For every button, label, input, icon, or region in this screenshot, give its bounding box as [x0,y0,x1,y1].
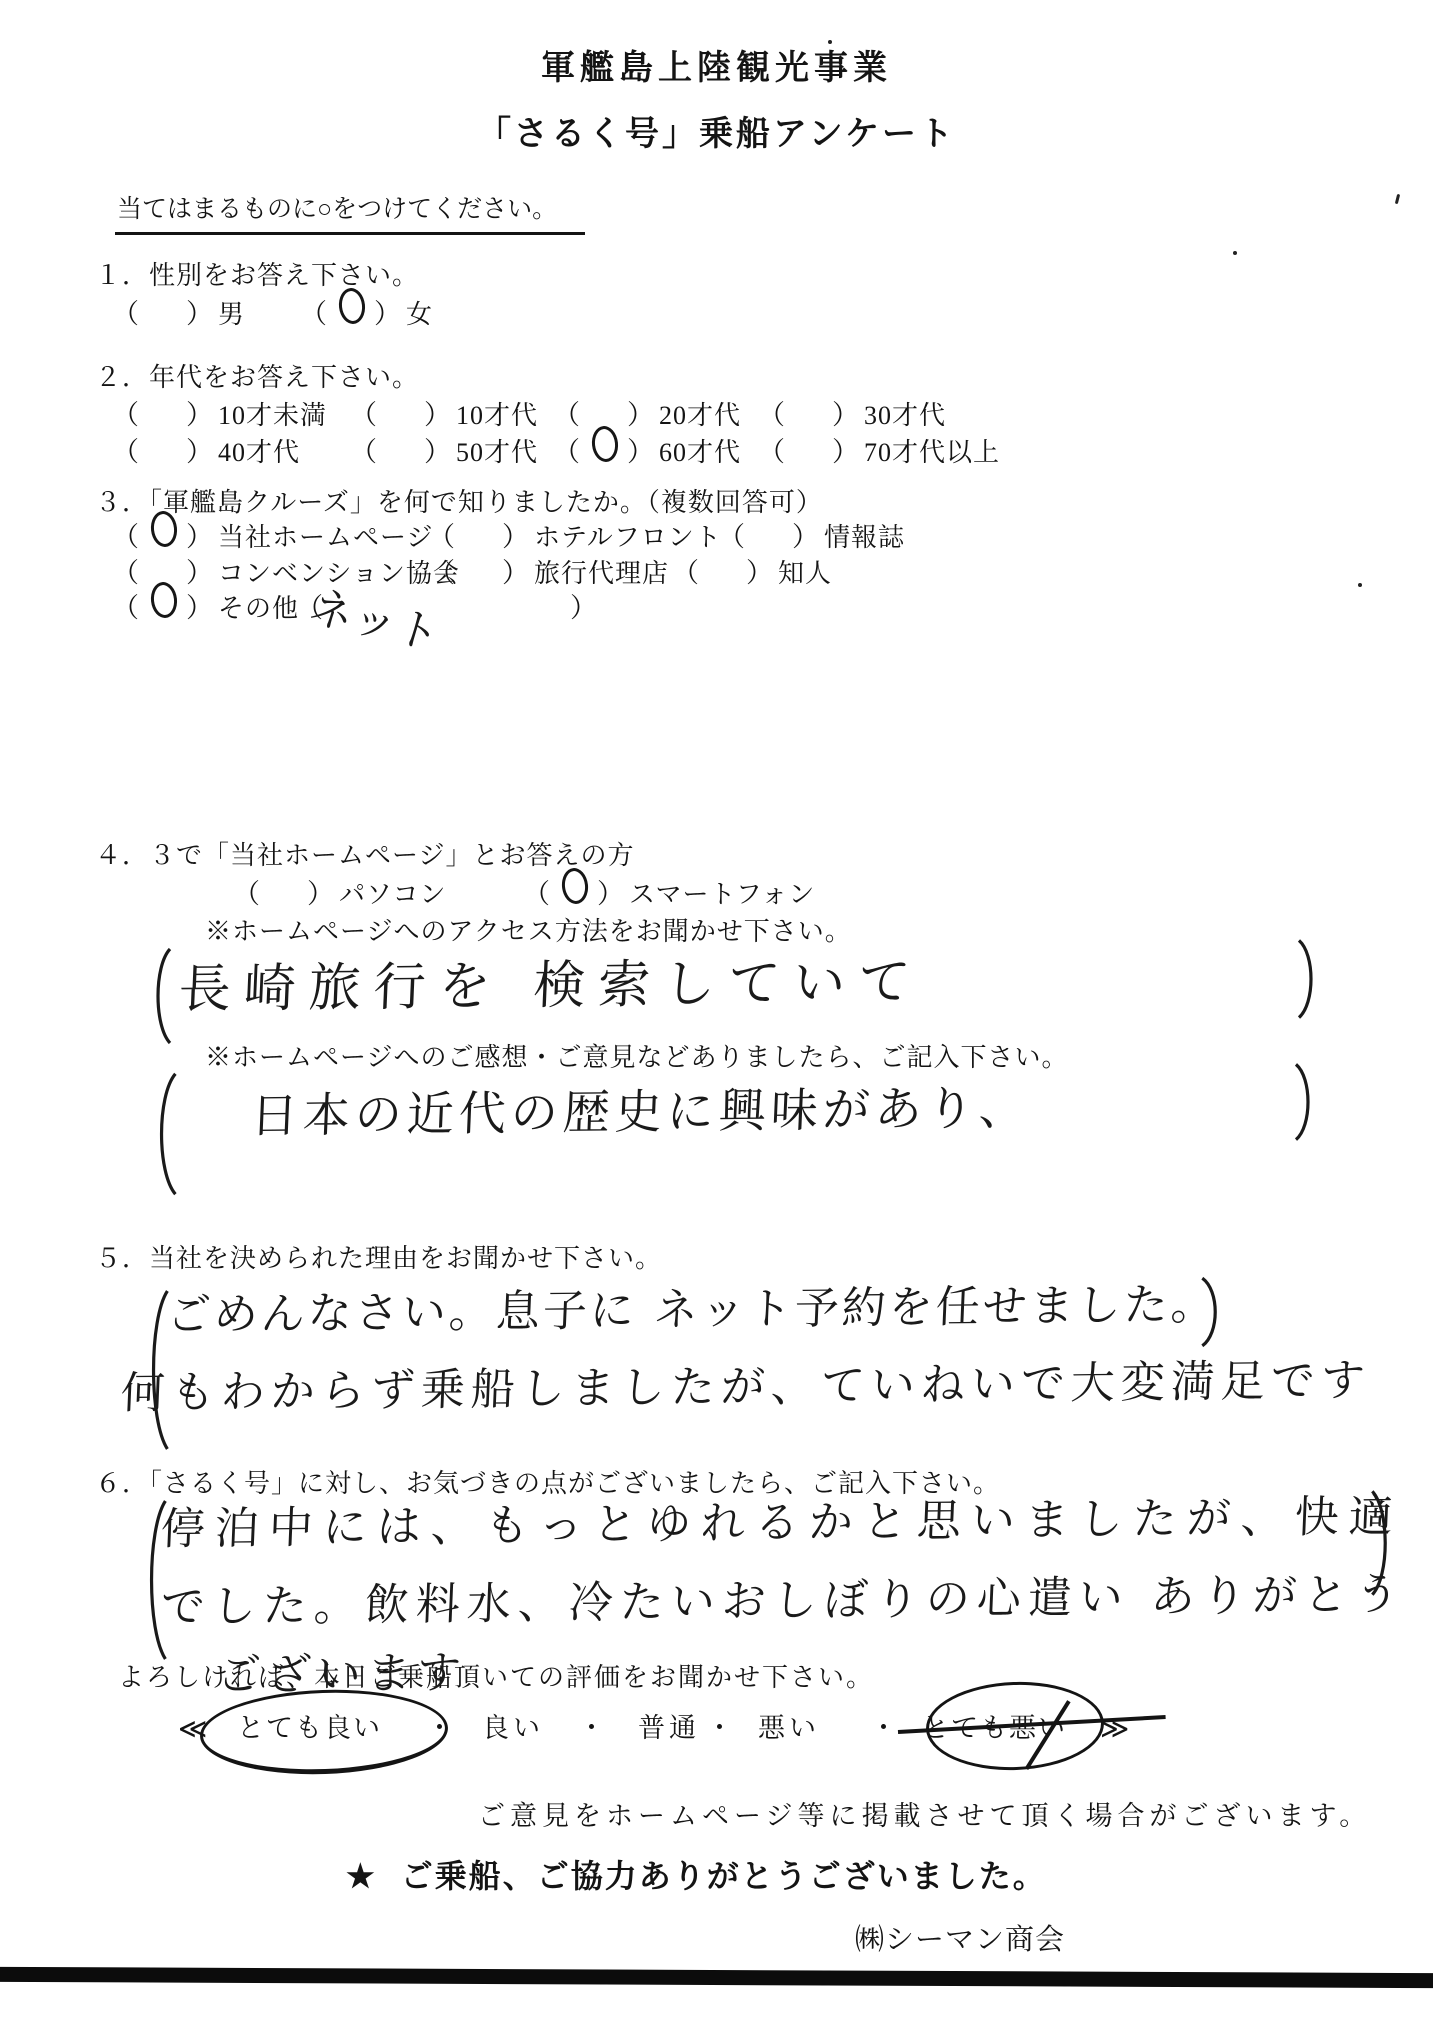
circle-mark [581,416,627,424]
q4-feedback-note: ※ホームページへのご感想・ご意見などありましたら、ご記入下さい。 [205,1042,1068,1075]
option-acquaintance: （）知人 [672,557,832,591]
hand-bracket-left [148,946,174,1046]
q5-answer-line2-handwriting: 何もわからず乗船しましたが、ていねいで大変満足です [120,1353,1372,1421]
option-hotel-front: （）ホテルフロント [428,521,722,555]
option-info-magazine: （）情報誌 [718,521,905,555]
circle-mark [328,315,374,323]
access-answer-handwriting: 長崎旅行を 検索していて [177,950,924,1023]
rating-good: 良い [482,1712,544,1746]
circle-mark [456,574,502,582]
feedback-answer-handwriting: 日本の近代の歴史に興味があり、 [250,1080,1032,1147]
option-10s: （）10才代 [350,399,538,433]
rating-separator: ・ [706,1712,733,1746]
circle-mark [786,453,832,461]
option-60s: （）60才代 [553,436,741,470]
option-other: （）その他 [112,592,299,626]
option-50s: （）50才代 [350,436,538,470]
instruction-line: 当てはまるものに○をつけてください。 [115,194,585,225]
circle-mark [700,574,746,582]
q3-label: ３．「軍艦島クルーズ」を何で知りましたか。（複数回答可） [95,487,823,520]
rating-normal: 普通 [638,1712,700,1746]
thanks-line: ★ ご乗船、ご協力ありがとうございました。 [346,1856,1047,1896]
circle-mark [261,895,307,903]
option-female: （）女 [300,298,433,332]
option-40s: （）40才代 [112,436,300,470]
circle-mark [746,538,792,546]
hand-bracket-right [1295,938,1321,1020]
scan-noise-dot [1233,251,1237,255]
scan-noise-mark [1395,194,1400,204]
thanks-text: ご乗船、ご協力ありがとうございました。 [401,1858,1047,1894]
option-30s: （）30才代 [758,399,946,433]
circle-mark [786,416,832,424]
option-smartphone: （）スマートフォン [523,878,815,912]
scan-noise-dot [1358,583,1362,587]
option-male: （）男 [112,298,245,332]
circle-mark [140,416,186,424]
publish-note: ご意見をホームページ等に掲載させて頂く場合がございます。 [478,1800,1371,1834]
circle-mark [140,315,186,323]
scanned-survey-page: 軍艦島上陸観光事業 「さるく号」乗船アンケート 当てはまるものに○をつけてくださ… [0,0,1433,2027]
circle-mark [140,574,186,582]
option-travel-agency: （）旅行代理店 [428,557,669,591]
rating-separator: ・ [870,1712,897,1746]
q5-answer-line1-handwriting: ごめんなさい。息子に ネット予約を任せました。 [166,1277,1219,1343]
other-answer-handwriting: ネット [303,580,447,663]
star-icon: ★ [346,1858,377,1894]
scan-noise-dot [828,40,832,44]
q6-answer-line2-handwriting: でした。飲料水、冷たいおしぼりの心遣い ありがとう [160,1567,1407,1635]
rating-separator: ・ [578,1712,605,1746]
option-pc: （）パソコン [233,878,446,912]
option-under-10: （）10才未満 [112,399,327,433]
circle-mark [581,453,627,461]
survey-title: 「さるく号」乗船アンケート [0,114,1433,157]
scan-edge-bar [0,1967,1433,1988]
q5-label: ５．当社を決められた理由をお聞かせ下さい。 [95,1243,662,1276]
q6-answer-line1-handwriting: 停泊中には、もっとゆれるかと思いましたが、快適 [160,1489,1404,1557]
circle-mark [378,416,424,424]
q1-label: １．性別をお答え下さい。 [95,260,419,293]
company-name: ㈱シーマン商会 [855,1922,1065,1958]
option-20s: （）20才代 [553,399,741,433]
circle-mark [140,609,186,617]
circle-mark [378,453,424,461]
circle-mark [140,453,186,461]
hand-bracket-right [1292,1062,1318,1142]
q4-access-note: ※ホームページへのアクセス方法をお聞かせ下さい。 [205,916,852,949]
business-title: 軍艦島上陸観光事業 [0,48,1433,91]
hand-bracket-right [1198,1276,1226,1348]
option-company-homepage: （）当社ホームページ [112,521,433,555]
q4-label: ４．３で「当社ホームページ」とお答えの方 [95,840,634,873]
q2-label: ２．年代をお答え下さい。 [95,362,419,395]
other-answer-close-paren: ） [570,592,598,626]
hand-bracket-left [150,1070,180,1198]
instruction-text: 当てはまるものに○をつけてください。 [115,196,585,235]
circle-mark [456,538,502,546]
option-70s-plus: （）70才代以上 [758,436,1000,470]
circle-mark [551,895,597,903]
rating-bad: 悪い [758,1712,820,1746]
circle-mark [140,538,186,546]
